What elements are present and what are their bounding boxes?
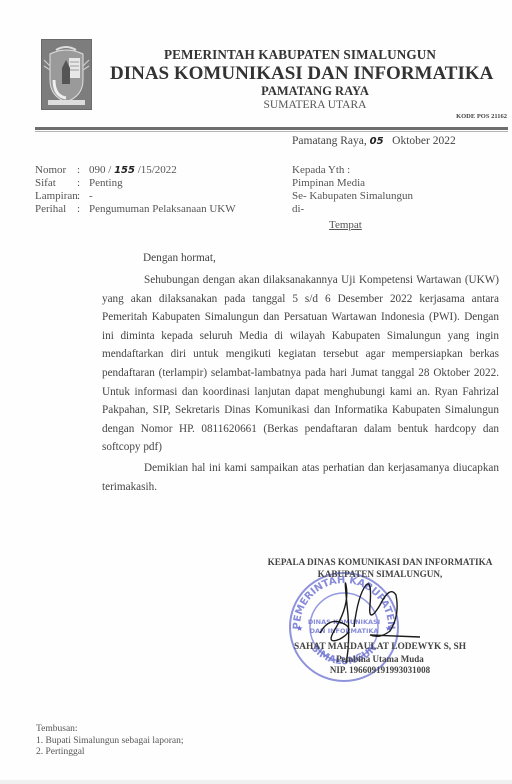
meta-sep: : bbox=[77, 177, 89, 190]
signatory-regency: KABUPATEN SIMALUNGUN, bbox=[252, 569, 508, 579]
meta-value-suffix: /15/2022 bbox=[138, 164, 177, 176]
meta-value: Penting bbox=[89, 177, 123, 189]
letter-page: PEMERINTAH KABUPATEN SIMALUNGUN DINAS KO… bbox=[0, 0, 512, 784]
meta-value: 090 / bbox=[89, 164, 111, 176]
cc-item: 1. Bupati Simalungun sebagai laporan; bbox=[36, 736, 184, 748]
letterhead-divider bbox=[35, 127, 508, 130]
meta-sep: : bbox=[77, 164, 89, 177]
recipient-line: Se- Kabupaten Simalungun bbox=[292, 190, 413, 203]
meta-sep: : bbox=[77, 203, 89, 216]
recipient-place: Tempat bbox=[292, 219, 413, 232]
signatory-nip: NIP. 196609191993031008 bbox=[252, 665, 508, 675]
signatory-rank: Pembina Utama Muda bbox=[252, 654, 508, 664]
salutation: Dengan hormat, bbox=[143, 252, 216, 264]
page-bottom-edge bbox=[0, 780, 512, 784]
meta-value: Pengumuman Pelaksanaan UKW bbox=[89, 203, 236, 215]
letterhead-agency: DINAS KOMUNIKASI DAN INFORMATIKA bbox=[110, 63, 458, 85]
signatory-name: SAHAT MARDAULAT LODEWYK S, SH bbox=[252, 642, 508, 652]
meta-sep: : bbox=[77, 190, 89, 203]
meta-label: Nomor bbox=[35, 164, 77, 177]
meta-row-sifat: Sifat:Penting bbox=[35, 177, 236, 190]
cc-heading: Tembusan: bbox=[36, 724, 184, 736]
signature-block: KEPALA DINAS KOMUNIKASI DAN INFORMATIKA … bbox=[252, 557, 508, 579]
date-place: Pamatang Raya, bbox=[292, 135, 367, 147]
date-month-year: Oktober 2022 bbox=[392, 135, 456, 147]
meta-row-perihal: Perihal:Pengumuman Pelaksanaan UKW bbox=[35, 203, 236, 216]
meta-value: - bbox=[89, 190, 93, 202]
carbon-copy-list: Tembusan: 1. Bupati Simalungun sebagai l… bbox=[36, 724, 184, 759]
letterhead-city: PAMATANG RAYA bbox=[250, 84, 380, 99]
recipient-line: Kepada Yth : bbox=[292, 164, 413, 177]
simalungun-regency-crest-icon bbox=[41, 39, 92, 110]
letterhead-province: SUMATERA UTARA bbox=[250, 99, 380, 111]
date-day-handwritten: 05 bbox=[370, 136, 384, 147]
letterhead-government: PEMERINTAH KABUPATEN SIMALUNGUN bbox=[145, 47, 455, 63]
recipient-line: Pimpinan Media bbox=[292, 177, 413, 190]
letter-date: Pamatang Raya, 05 Oktober 2022 bbox=[292, 135, 456, 147]
letter-number-handwritten: 155 bbox=[114, 165, 135, 176]
meta-row-lampiran: Lampiran:- bbox=[35, 190, 236, 203]
cc-item: 2. Pertinggal bbox=[36, 747, 184, 759]
signatory-title: KEPALA DINAS KOMUNIKASI DAN INFORMATIKA bbox=[252, 557, 508, 567]
recipient-block: Kepada Yth : Pimpinan Media Se- Kabupate… bbox=[292, 164, 413, 232]
body-paragraph-1: Sehubungan dengan akan dilaksanakannya U… bbox=[102, 271, 499, 457]
svg-text:★: ★ bbox=[296, 624, 303, 633]
meta-label: Lampiran bbox=[35, 190, 77, 203]
recipient-line: di- bbox=[292, 203, 413, 216]
meta-label: Perihal bbox=[35, 203, 77, 216]
meta-row-nomor: Nomor:090 / 155 /15/2022 bbox=[35, 164, 236, 177]
body-paragraph-2: Demikian hal ini kami sampaikan atas per… bbox=[102, 459, 499, 496]
postal-code: KODE POS 21162 bbox=[456, 113, 507, 120]
letter-meta: Nomor:090 / 155 /15/2022 Sifat:Penting L… bbox=[35, 164, 236, 216]
meta-label: Sifat bbox=[35, 177, 77, 190]
letterhead-divider-thin bbox=[35, 131, 508, 132]
